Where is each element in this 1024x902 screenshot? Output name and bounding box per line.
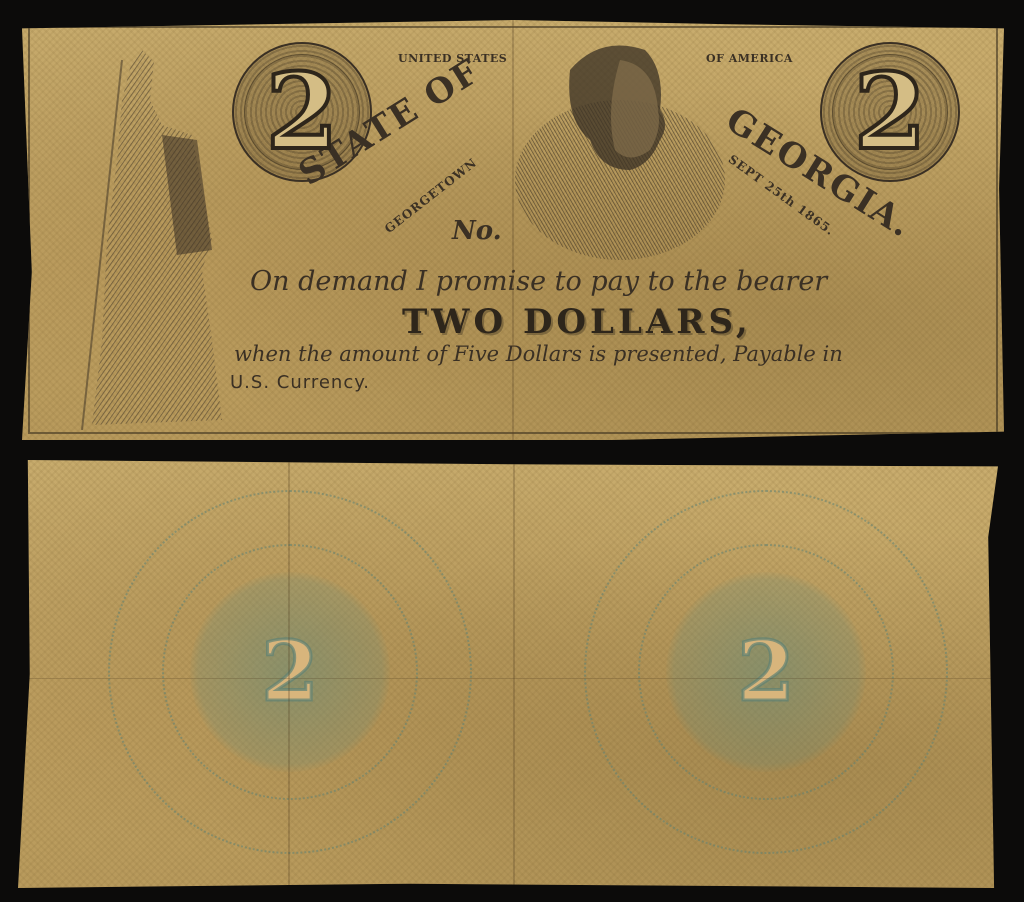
serial-label: No. xyxy=(452,216,502,246)
denomination-numeral: 2 xyxy=(261,631,318,713)
denomination-medallion-right: 2 xyxy=(820,42,960,182)
back-medallion-left: 2 xyxy=(108,490,472,854)
fold-crease xyxy=(288,460,290,888)
currency-stamp: U.S. Currency. xyxy=(230,372,370,393)
fold-crease xyxy=(512,20,514,440)
amount-text: TWO DOLLARS, xyxy=(402,302,752,342)
condition-text: when the amount of Five Dollars is prese… xyxy=(234,342,843,366)
banknote-front: 2 2 UNITED STATES OF AMERICA STATE OF GE… xyxy=(22,20,1004,440)
fold-crease xyxy=(513,460,515,888)
denomination-numeral: 2 xyxy=(854,60,926,164)
standing-figure-vignette xyxy=(62,40,232,430)
banknote-back: 2 2 xyxy=(18,460,998,888)
fold-crease xyxy=(18,678,998,679)
promise-text: On demand I promise to pay to the bearer xyxy=(250,266,827,297)
denomination-numeral: 2 xyxy=(266,60,338,164)
denomination-numeral: 2 xyxy=(737,631,794,713)
back-medallion-right: 2 xyxy=(584,490,948,854)
female-portrait-vignette xyxy=(510,30,730,260)
